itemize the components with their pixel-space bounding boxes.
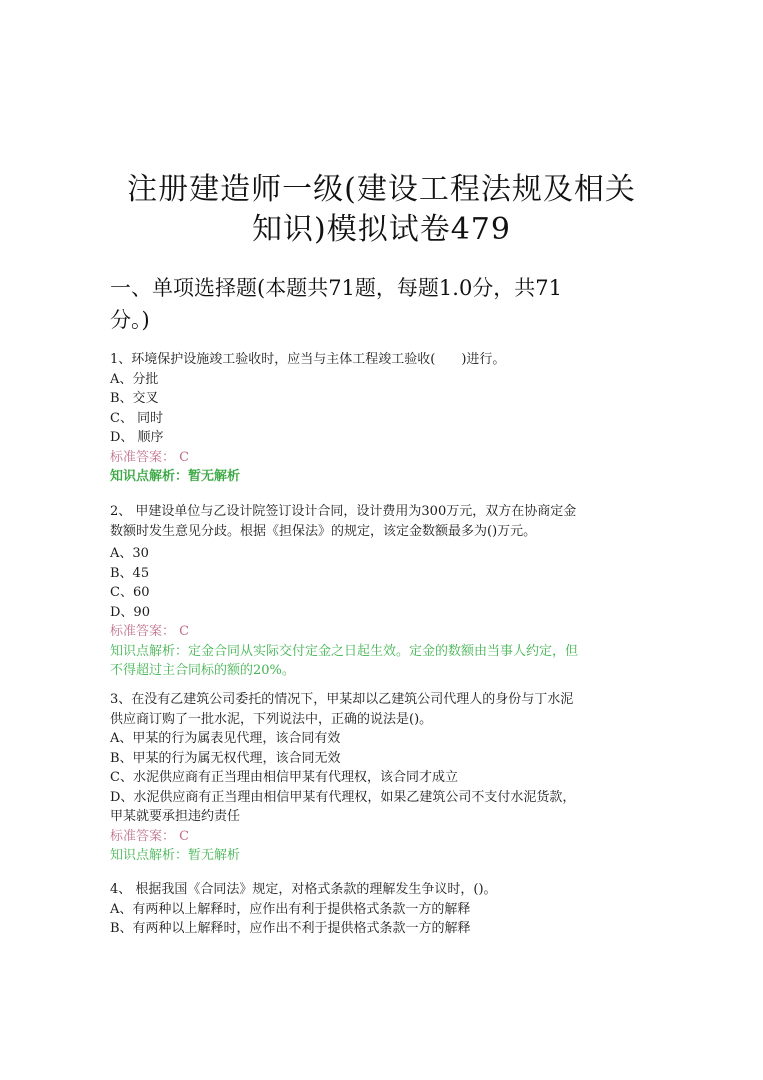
question-stem-line-1: 3、在没有乙建筑公司委托的情况下，甲某却以乙建筑公司代理人的身份与丁水泥 (110, 690, 655, 710)
question-2: 2、 甲建设单位与乙设计院签订设计合同，设计费用为300万元，双方在协商定金 数… (110, 502, 655, 681)
option-c: C、水泥供应商有正当理由相信甲某有代理权，该合同才成立 (110, 768, 655, 788)
question-stem-line-1: 2、 甲建设单位与乙设计院签订设计合同，设计费用为300万元，双方在协商定金 (110, 502, 655, 522)
option-b: B、甲某的行为属无权代理，该合同无效 (110, 749, 655, 769)
option-d: D、 顺序 (110, 428, 655, 448)
option-a: A、分批 (110, 370, 655, 390)
knowledge-analysis-line-2: 不得超过主合同标的额的20%。 (110, 661, 655, 681)
option-d: D、90 (110, 603, 655, 623)
option-c: C、 同时 (110, 409, 655, 429)
option-d-line-1: D、水泥供应商有正当理由相信甲某有代理权，如果乙建筑公司不支付水泥货款， (110, 788, 655, 808)
question-1: 1、环境保护设施竣工验收时，应当与主体工程竣工验收( )进行。 A、分批 B、交… (110, 350, 655, 487)
option-a: A、甲某的行为属表见代理，该合同有效 (110, 729, 655, 749)
section-heading-line-2: 分。) (110, 304, 630, 336)
option-b: B、交叉 (110, 389, 655, 409)
document-title: 注册建造师一级(建设工程法规及相关 知识)模拟试卷479 (60, 170, 703, 250)
question-4: 4、 根据我国《合同法》规定，对格式条款的理解发生争议时，()。 A、有两种以上… (110, 880, 655, 939)
question-stem: 4、 根据我国《合同法》规定，对格式条款的理解发生争议时，()。 (110, 880, 655, 900)
option-b: B、有两种以上解释时，应作出不利于提供格式条款一方的解释 (110, 919, 655, 939)
knowledge-analysis: 知识点解析：暂无解析 (110, 846, 655, 866)
option-d-line-2: 甲某就要承担违约责任 (110, 807, 655, 827)
title-line-2: 知识)模拟试卷479 (60, 210, 703, 250)
document-page: 注册建造师一级(建设工程法规及相关 知识)模拟试卷479 一、单项选择题(本题共… (0, 0, 763, 1080)
knowledge-analysis: 知识点解析：暂无解析 (110, 467, 655, 487)
question-3: 3、在没有乙建筑公司委托的情况下，甲某却以乙建筑公司代理人的身份与丁水泥 供应商… (110, 690, 655, 866)
knowledge-analysis-line-1: 知识点解析：定金合同从实际交付定金之日起生效。定金的数额由当事人约定，但 (110, 642, 655, 662)
standard-answer: 标准答案： C (110, 622, 655, 642)
option-b: B、45 (110, 564, 655, 584)
question-stem-line-2: 数额时发生意见分歧。根据《担保法》的规定，该定金数额最多为()万元。 (110, 522, 655, 542)
option-a: A、30 (110, 544, 655, 564)
option-c: C、60 (110, 583, 655, 603)
question-stem-line-2: 供应商订购了一批水泥，下列说法中，正确的说法是()。 (110, 710, 655, 730)
question-stem: 1、环境保护设施竣工验收时，应当与主体工程竣工验收( )进行。 (110, 350, 655, 370)
option-a: A、有两种以上解释时，应作出有利于提供格式条款一方的解释 (110, 900, 655, 920)
standard-answer: 标准答案： C (110, 448, 655, 468)
section-heading: 一、单项选择题(本题共71题，每题1.0分，共71 分。) (110, 272, 630, 336)
title-line-1: 注册建造师一级(建设工程法规及相关 (60, 170, 703, 210)
standard-answer: 标准答案： C (110, 827, 655, 847)
section-heading-line-1: 一、单项选择题(本题共71题，每题1.0分，共71 (110, 272, 630, 304)
